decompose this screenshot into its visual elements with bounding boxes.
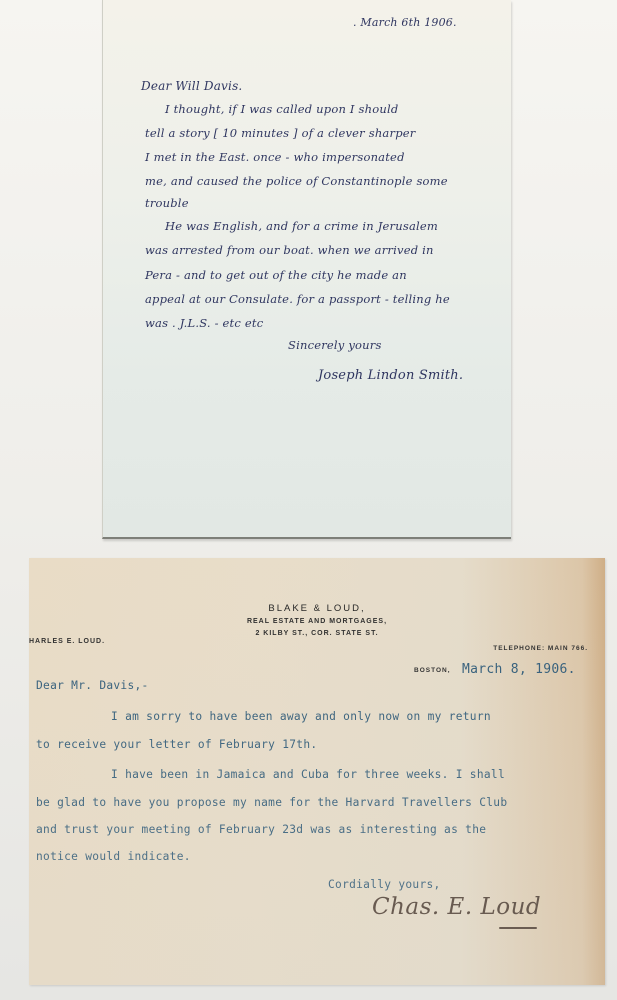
typed-line: I am sorry to have been away and only no… bbox=[111, 710, 491, 723]
letterhead-address: 2 KILBY ST., COR. STATE ST. bbox=[29, 630, 605, 637]
letter-line: appeal at our Consulate. for a passport … bbox=[145, 292, 450, 306]
typed-closing: Cordially yours, bbox=[328, 878, 441, 891]
letter-line: I thought, if I was called upon I should bbox=[165, 102, 398, 116]
typed-line: be glad to have you propose my name for … bbox=[36, 796, 507, 809]
typed-date: March 8, 1906. bbox=[462, 662, 576, 677]
letter-line: Pera - and to get out of the city he mad… bbox=[145, 268, 407, 282]
typed-line: notice would indicate. bbox=[36, 850, 191, 863]
letter-closing: Sincerely yours bbox=[288, 338, 382, 352]
letterhead-firm: BLAKE & LOUD, bbox=[29, 603, 605, 614]
letterhead-telephone: TELEPHONE: MAIN 766. bbox=[493, 645, 588, 652]
typed-line: to receive your letter of February 17th. bbox=[36, 738, 317, 751]
letter-line: was arrested from our boat. when we arri… bbox=[145, 243, 434, 257]
letter-line: me, and caused the police of Constantino… bbox=[145, 174, 448, 188]
letter-line: tell a story [ 10 minutes ] of a clever … bbox=[145, 126, 415, 140]
typed-line: and trust your meeting of February 23d w… bbox=[36, 823, 486, 836]
letter-signature: Joseph Lindon Smith. bbox=[318, 368, 463, 383]
letter-date: . March 6th 1906. bbox=[353, 16, 457, 29]
handwritten-letter: . March 6th 1906. Dear Will Davis. I tho… bbox=[102, 0, 511, 539]
letterhead-name: HARLES E. LOUD. bbox=[29, 638, 105, 645]
letter-salutation: Dear Will Davis. bbox=[141, 79, 242, 93]
letterhead-city: BOSTON, bbox=[414, 667, 451, 674]
typed-signature: Chas. E. Loud bbox=[372, 894, 541, 920]
letter-line: He was English, and for a crime in Jerus… bbox=[165, 219, 438, 233]
typed-letter: BLAKE & LOUD, REAL ESTATE AND MORTGAGES,… bbox=[29, 558, 605, 985]
letter-line: was . J.L.S. - etc etc bbox=[145, 316, 263, 330]
letterhead-business: REAL ESTATE AND MORTGAGES, bbox=[29, 618, 605, 625]
letter-line: I met in the East. once - who impersonat… bbox=[145, 150, 405, 164]
letter-line: trouble bbox=[145, 196, 189, 210]
signature-flourish bbox=[499, 927, 537, 929]
typed-salutation: Dear Mr. Davis,- bbox=[36, 679, 149, 692]
typed-line: I have been in Jamaica and Cuba for thre… bbox=[111, 768, 505, 781]
